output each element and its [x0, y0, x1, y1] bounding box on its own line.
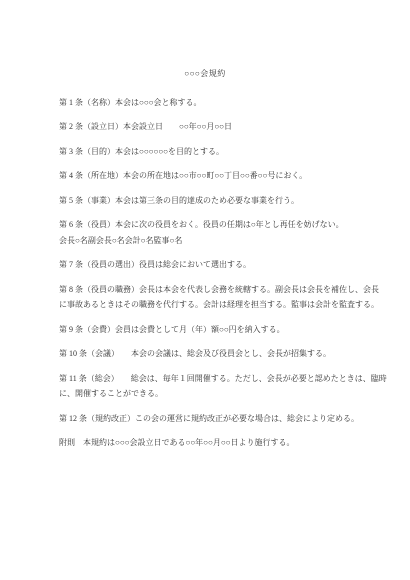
article-8: 第 8 条（役員の職務）会長は本会を代表し会務を統轄する。副会長は会長を補佐し、…	[59, 282, 405, 313]
article-2: 第 2 条（設立日）本会設立日 ○○年○○月○○日	[59, 119, 405, 135]
article-5: 第 5 条（事業）本会は第三条の目的達成のため必要な事業を行う。	[59, 193, 405, 209]
document-page: ○○○会規約 第 1 条（名称）本会は○○○会と称する。 第 2 条（設立日）本…	[0, 0, 410, 580]
document-title: ○○○会規約	[0, 66, 410, 82]
article-1: 第 1 条（名称）本会は○○○会と称する。	[59, 95, 405, 111]
article-4: 第 4 条（所在地）本会の所在地は○○市○○町○○丁目○○番○○号におく。	[59, 168, 405, 184]
article-10: 第 10 条（会議） 本会の会議は、総会及び役員会とし、会長が招集する。	[59, 346, 405, 362]
article-9: 第 9 条（会費）会員は会費として月（年）額○○円を納入する。	[59, 322, 405, 338]
supplement-clause: 附則 本規約は○○○会設立日である○○年○○月○○日より施行する。	[59, 435, 405, 451]
article-3: 第 3 条（目的）本会は○○○○○○を目的とする。	[59, 144, 405, 160]
document-body: 第 1 条（名称）本会は○○○会と称する。 第 2 条（設立日）本会設立日 ○○…	[0, 95, 405, 451]
article-6: 第 6 条（役員）本会に次の役員をおく。役員の任期は○年とし再任を妨げない。 会…	[59, 217, 405, 248]
article-7: 第 7 条（役員の選出）役員は総会において選出する。	[59, 257, 405, 273]
article-12: 第 12 条（規約改正）この会の運営に規約改正が必要な場合は、総会により定める。	[59, 411, 405, 427]
article-11: 第 11 条（総会） 総会は、毎年１回開催する。ただし、会長が必要と認めたときは…	[59, 371, 405, 402]
